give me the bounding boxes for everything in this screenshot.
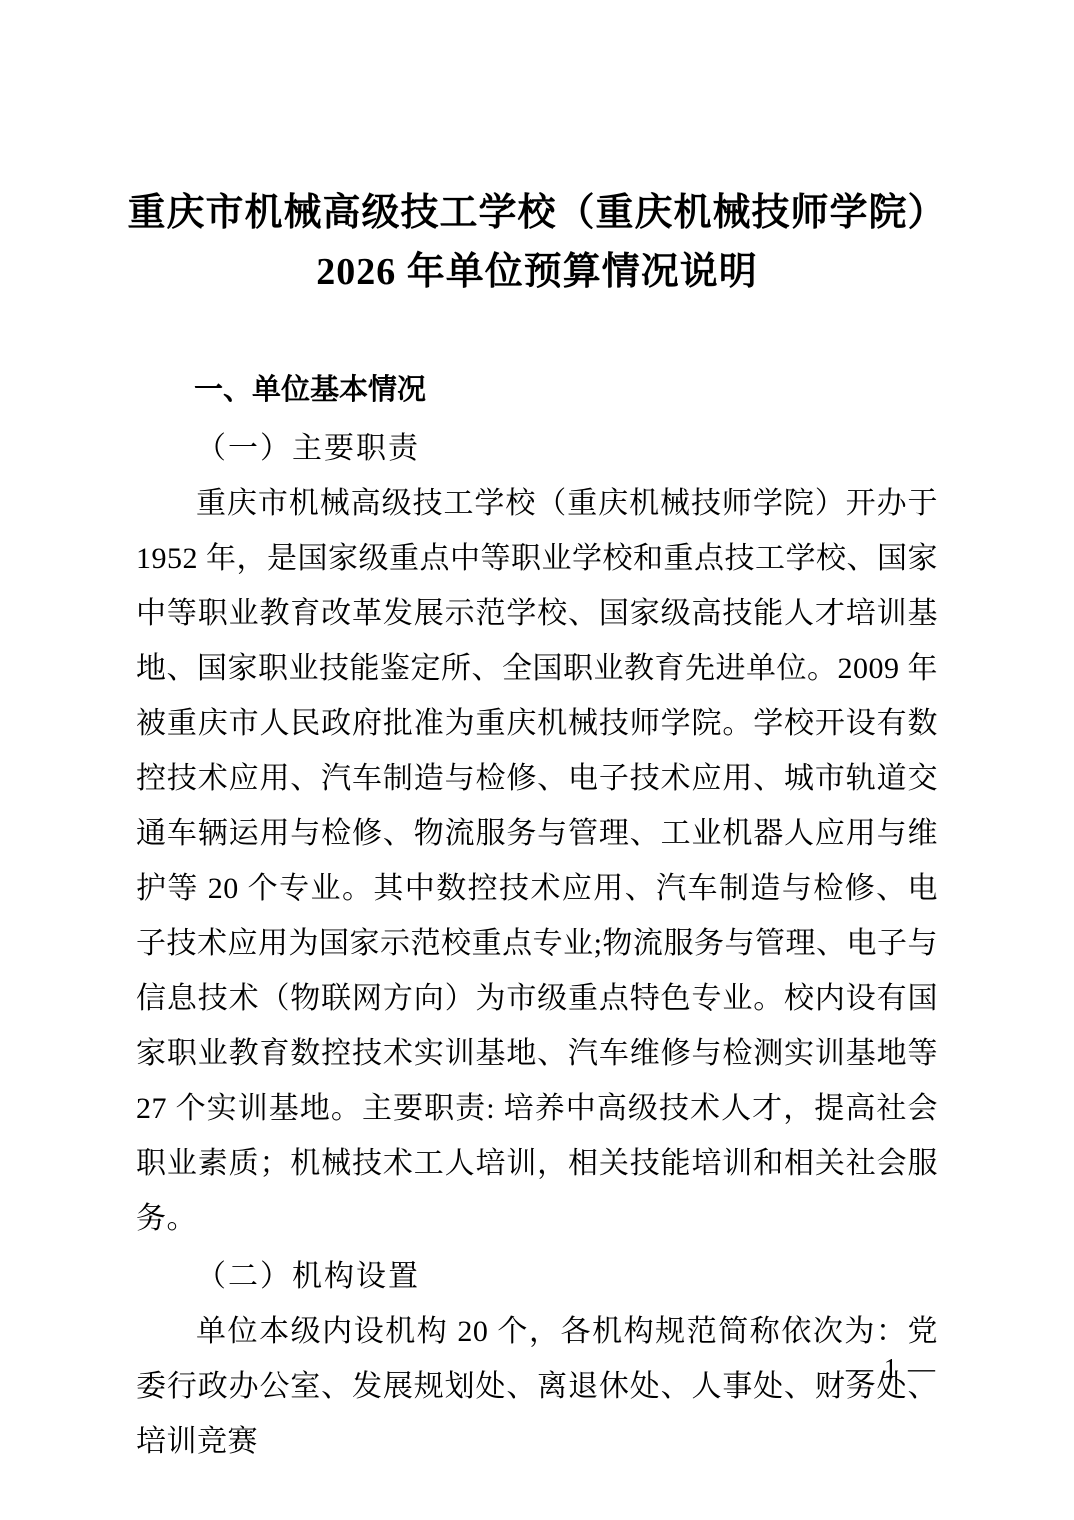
section-heading-basic-info: 一、单位基本情况 <box>136 368 938 412</box>
subsection-heading-main-duties: （一）主要职责 <box>136 422 938 476</box>
document-title: 重庆市机械高级技工学校（重庆机械技师学院） 2026 年单位预算情况说明 <box>0 0 1074 302</box>
paragraph-main-duties: 重庆市机械高级技工学校（重庆机械技师学院）开办于 1952 年，是国家级重点中等… <box>136 476 938 1246</box>
page-number: — 1 — <box>846 1352 937 1384</box>
paragraph-org-structure: 单位本级内设机构 20 个，各机构规范简称依次为：党委行政办公室、发展规划处、离… <box>136 1304 938 1469</box>
subsection-heading-org-structure: （二）机构设置 <box>136 1250 938 1304</box>
document-page: 重庆市机械高级技工学校（重庆机械技师学院） 2026 年单位预算情况说明 一、单… <box>0 0 1074 1520</box>
document-title-line2: 2026 年单位预算情况说明 <box>60 243 1014 302</box>
document-body: 一、单位基本情况 （一）主要职责 重庆市机械高级技工学校（重庆机械技师学院）开办… <box>136 368 938 1469</box>
document-title-line1: 重庆市机械高级技工学校（重庆机械技师学院） <box>60 184 1014 243</box>
